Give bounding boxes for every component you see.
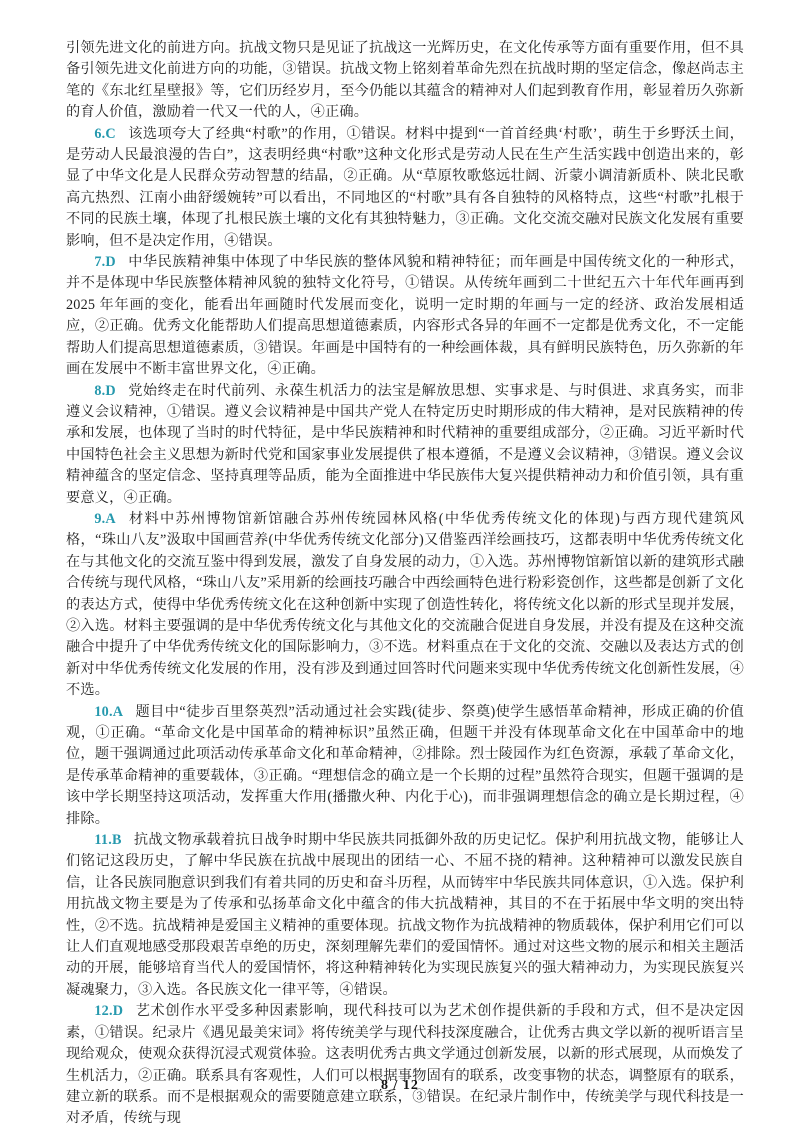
continuation-paragraph: 引领先进文化的前进方向。抗战文物只是见证了抗战这一光辉历史，在文化传承等方面有重… [66,38,744,124]
answer-number-label: 6.C [94,126,116,142]
answer-number-label: 10.A [94,704,123,720]
answer-explanation-text: 中华民族精神集中体现了中华民族的整体风貌和精神特征；而年画是中国传统文化的一种形… [66,254,744,377]
answer-paragraph: 7.D中华民族精神集中体现了中华民族的整体风貌和精神特征；而年画是中国传统文化的… [66,252,744,380]
answer-paragraph: 10.A题目中“徒步百里祭英烈”活动通过社会实践(徒步、祭奠)使学生感悟革命精神… [66,702,744,830]
answer-explanation-text: 党始终走在时代前列、永葆生机活力的法宝是解放思想、实事求是、与时俱进、求真务实，… [66,383,744,506]
answer-paragraph: 11.B抗战文物承载着抗日战争时期中华民族共同抵御外敌的历史记忆。保护利用抗战文… [66,830,744,1001]
answer-number-label: 9.A [94,511,116,527]
page-number: 8 / 12 [381,1078,419,1093]
answer-number-label: 8.D [94,383,116,399]
answer-explanation-text: 该选项夸大了经典“村歌”的作用，①错误。材料中提到“一首首经典‘村歌’，萌生于乡… [66,126,744,249]
answer-explanations-section: 引领先进文化的前进方向。抗战文物只是见证了抗战这一光辉历史，在文化传承等方面有重… [66,38,744,1130]
page-number-footer: 8 / 12 [0,1078,800,1094]
answer-paragraph: 12.D艺术创作水平受多种因素影响，现代科技可以为艺术创作提供新的手段和方式，但… [66,1001,744,1129]
answer-number-label: 11.B [94,832,121,848]
answer-explanation-text: 题目中“徒步百里祭英烈”活动通过社会实践(徒步、祭奠)使学生感悟革命精神，形成正… [66,704,744,827]
answer-number-label: 12.D [94,1003,123,1019]
answer-paragraph: 6.C该选项夸大了经典“村歌”的作用，①错误。材料中提到“一首首经典‘村歌’，萌… [66,124,744,252]
answer-explanation-text: 抗战文物承载着抗日战争时期中华民族共同抵御外敌的历史记忆。保护利用抗战文物，能够… [66,832,744,998]
answer-paragraph: 8.D党始终走在时代前列、永葆生机活力的法宝是解放思想、实事求是、与时俱进、求真… [66,381,744,509]
answer-list: 6.C该选项夸大了经典“村歌”的作用，①错误。材料中提到“一首首经典‘村歌’，萌… [66,124,744,1130]
answer-explanation-text: 艺术创作水平受多种因素影响，现代科技可以为艺术创作提供新的手段和方式，但不是决定… [66,1003,744,1126]
answer-paragraph: 9.A材料中苏州博物馆新馆融合苏州传统园林风格(中华优秀传统文化的体现)与西方现… [66,509,744,702]
answer-explanation-text: 材料中苏州博物馆新馆融合苏州传统园林风格(中华优秀传统文化的体现)与西方现代建筑… [66,511,744,698]
document-page: 引领先进文化的前进方向。抗战文物只是见证了抗战这一光辉历史，在文化传承等方面有重… [0,0,800,1132]
answer-number-label: 7.D [94,254,116,270]
